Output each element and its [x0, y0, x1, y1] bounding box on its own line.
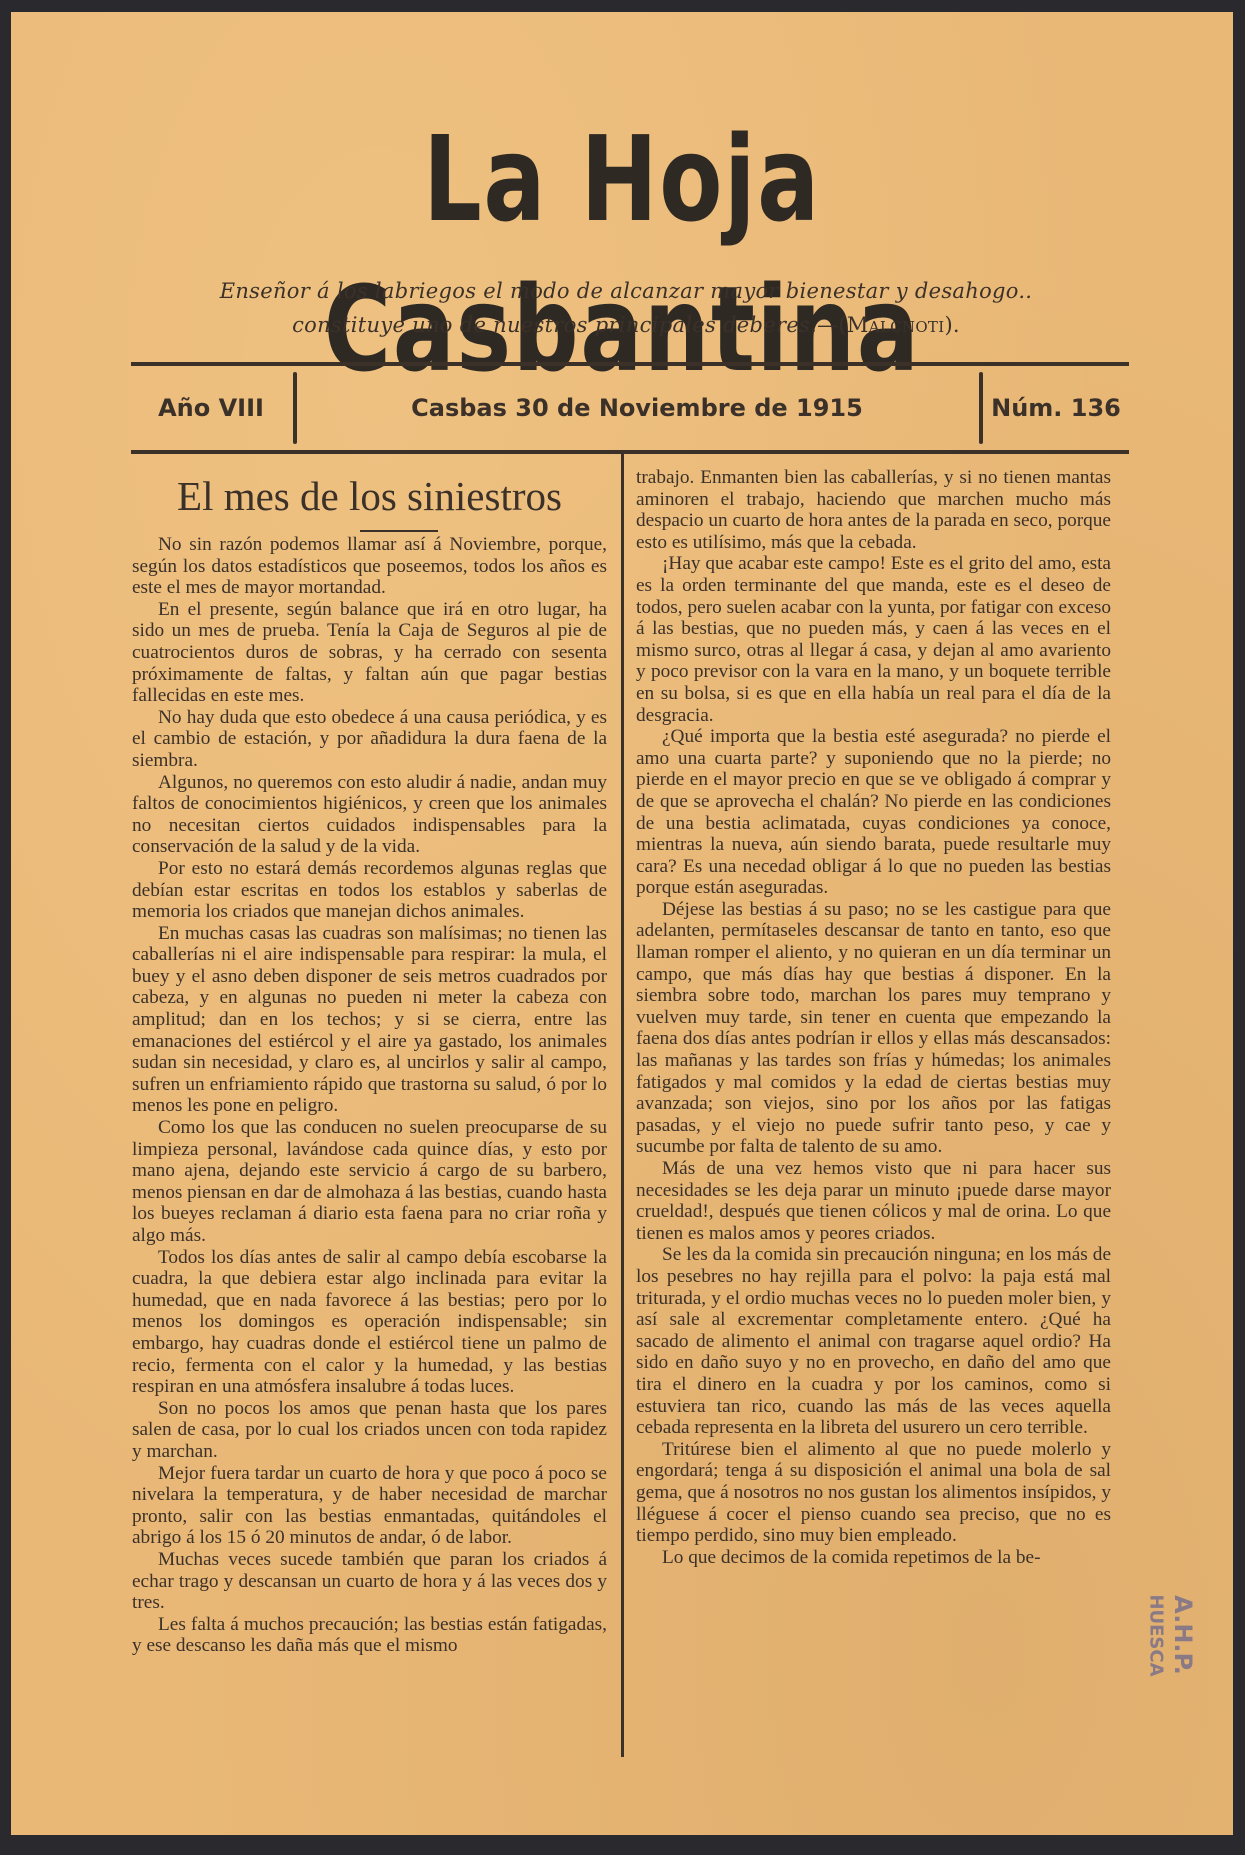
paragraph: En muchas casas las cuadras son malísima…: [132, 923, 607, 1117]
paragraph: Lo que decimos de la comida repetimos de…: [636, 1547, 1111, 1569]
paragraph: Les falta á muchos precaución; las besti…: [132, 1614, 607, 1657]
paragraph: Algunos, no queremos con esto aludir á n…: [132, 772, 607, 858]
paragraph: Déjese las bestias á su paso; no se les …: [636, 899, 1111, 1158]
paragraph: Se les da la comida sin precaución ningu…: [636, 1244, 1111, 1438]
paragraph: Todos los días antes de salir al campo d…: [132, 1247, 607, 1398]
paragraph: No hay duda que esto obedece á una causa…: [132, 707, 607, 772]
paragraph: ¡Hay que acabar este campo! Este es el g…: [636, 553, 1111, 726]
masthead-tagline: Enseñor á los labriegos el modo de alcan…: [121, 274, 1131, 342]
paragraph: Mejor fuera tardar un cuarto de hora y q…: [132, 1463, 607, 1549]
stamp-line-2: HUESCA: [1146, 1594, 1167, 1676]
article-headline: El mes de los siniestros: [132, 468, 607, 524]
paragraph-continued: trabajo. Enmanten bien las caballerías, …: [636, 467, 1111, 553]
tagline-text: constituye uno de nuestros principales d…: [292, 313, 838, 337]
article-column-right: trabajo. Enmanten bien las caballerías, …: [636, 467, 1111, 1568]
paragraph: Tritúrese bien el alimento al que no pue…: [636, 1439, 1111, 1547]
paragraph: En el presente, según balance que irá en…: [132, 599, 607, 707]
newspaper-title: La Hoja Casbantina: [145, 104, 1098, 404]
issue-number: Núm. 136: [983, 366, 1129, 450]
paragraph: Son no pocos los amos que penan hasta qu…: [132, 1398, 607, 1463]
headline-rule: [360, 530, 438, 532]
tagline-author: (Malcnoti).: [838, 313, 960, 337]
issue-info-band: Año VIII Casbas 30 de Noviembre de 1915 …: [131, 362, 1129, 454]
paragraph: Más de una vez hemos visto que ni para h…: [636, 1158, 1111, 1244]
paragraph: No sin razón podemos llamar así á Noviem…: [132, 534, 607, 599]
issue-year: Año VIII: [131, 366, 291, 450]
issue-date: Casbas 30 de Noviembre de 1915: [297, 366, 977, 450]
article-column-left: No sin razón podemos llamar así á Noviem…: [132, 534, 607, 1657]
newspaper-page: La Hoja Casbantina Enseñor á los labrieg…: [11, 12, 1233, 1835]
paragraph: Muchas veces sucede también que paran lo…: [132, 1549, 607, 1614]
tagline-line-1: Enseñor á los labriegos el modo de alcan…: [121, 274, 1131, 308]
band-bottom-rule: [131, 450, 1129, 454]
column-divider: [621, 454, 624, 1757]
archive-stamp: A.H.P. HUESCA: [1123, 1587, 1203, 1687]
paragraph: Como los que las conducen no suelen preo…: [132, 1117, 607, 1247]
stamp-line-1: A.H.P.: [1169, 1595, 1197, 1675]
tagline-line-2: constituye uno de nuestros principales d…: [121, 308, 1131, 342]
paragraph: ¿Qué importa que la bestia esté asegurad…: [636, 726, 1111, 899]
paragraph: Por esto no estará demás recordemos algu…: [132, 858, 607, 923]
